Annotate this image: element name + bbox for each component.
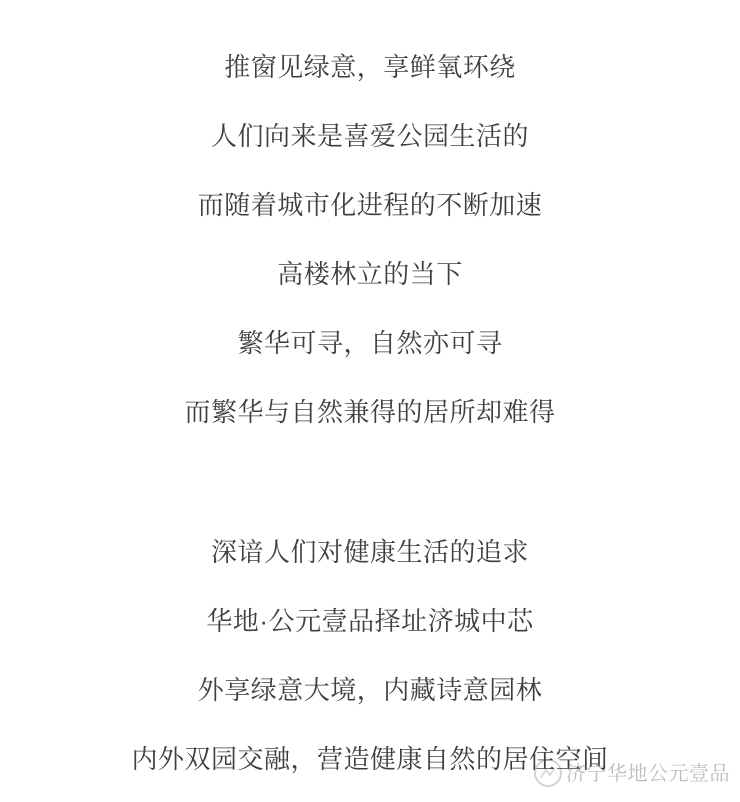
poem-line: 推窗见绿意，享鲜氧环绕 [0,33,740,102]
poem-text-block: 推窗见绿意，享鲜氧环绕 人们向来是喜爱公园生活的 而随着城市化进程的不断加速 高… [0,0,740,794]
poem-line: 繁华可寻，自然亦可寻 [0,309,740,378]
poem-line: 人们向来是喜爱公园生活的 [0,102,740,171]
poem-line: 高楼林立的当下 [0,240,740,309]
poem-line: 深谙人们对健康生活的追求 [0,518,740,587]
poem-line: 而繁华与自然兼得的居所却难得 [0,378,740,447]
poem-line: 华地·公元壹品择址济城中芯 [0,587,740,656]
stanza-gap [0,447,740,518]
poem-line: 而随着城市化进程的不断加速 [0,171,740,240]
poem-line: 外享绿意大境，内藏诗意园林 [0,656,740,725]
article-page: 推窗见绿意，享鲜氧环绕 人们向来是喜爱公园生活的 而随着城市化进程的不断加速 高… [0,0,740,802]
poem-line: 内外双园交融，营造健康自然的居住空间 [0,725,740,794]
